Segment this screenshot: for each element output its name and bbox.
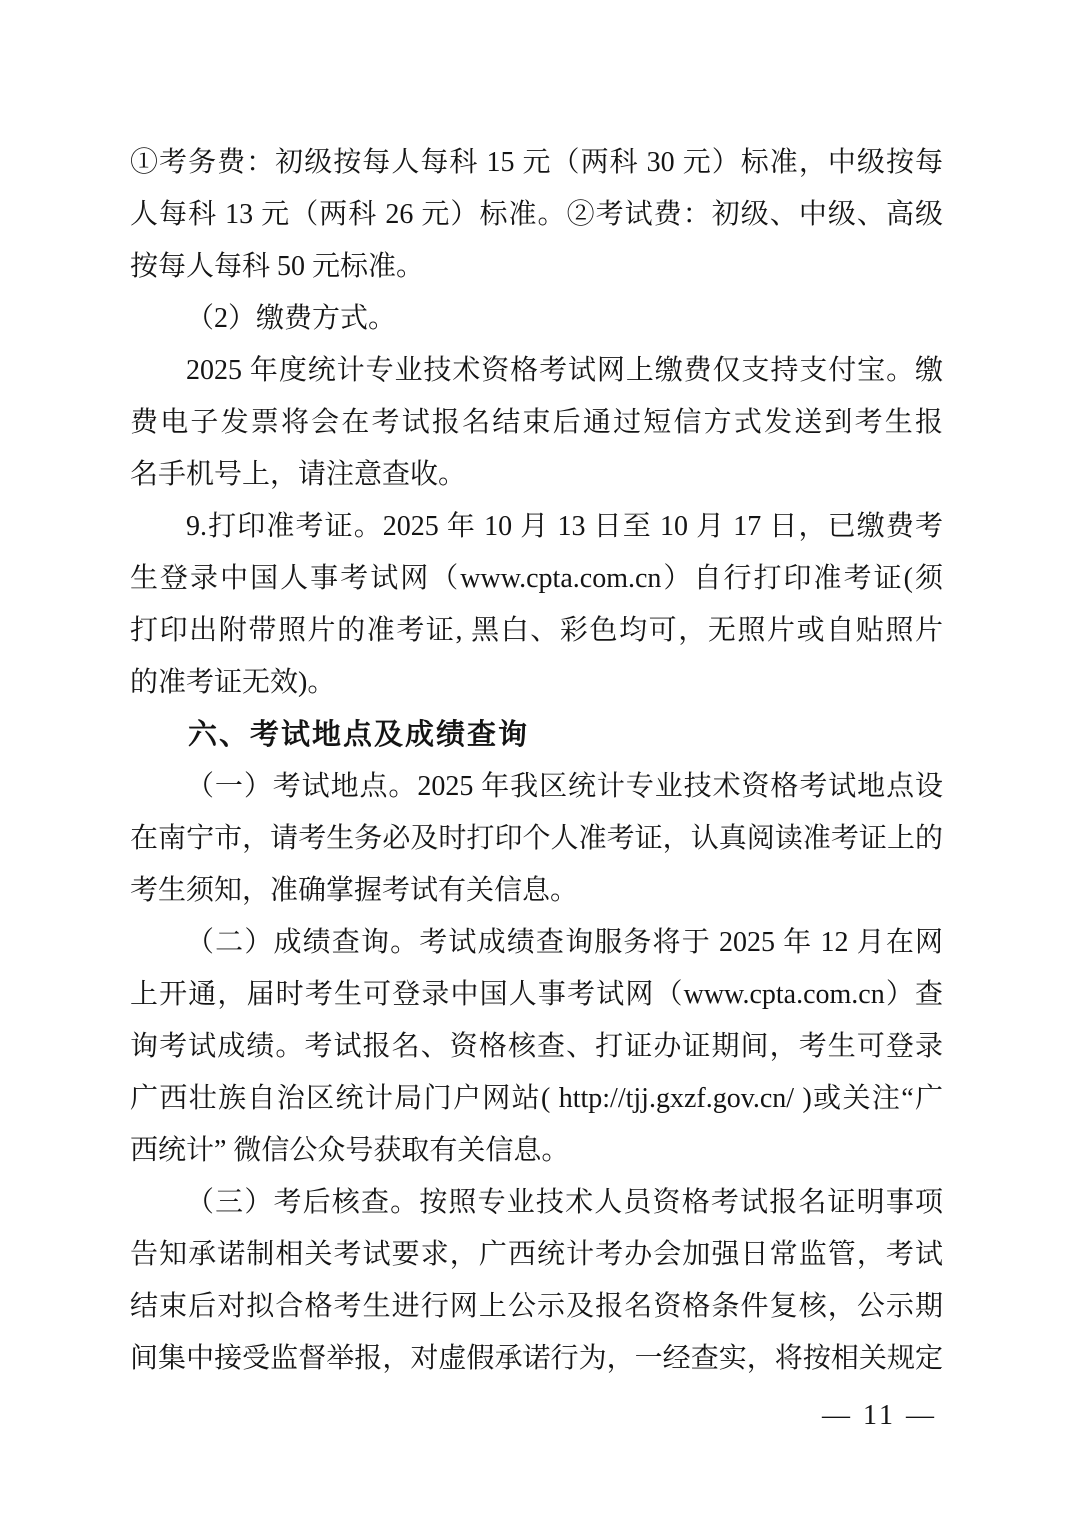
para-payment-method-detail: 2025 年度统计专业技术资格考试网上缴费仅支持支付宝。缴费电子发票将会在考试报… [130,345,943,501]
text-line: 按每人每科 50 元标准。 [130,241,943,293]
document-page: ①考务费：初级按每人每科 15 元（两科 30 元）标准，中级按每人每科 13 … [0,0,1074,1520]
text-line: 名手机号上，请注意查收。 [130,449,943,501]
para-print-admission-ticket: 9.打印准考证。2025 年 10 月 13 日至 10 月 17 日，已缴费考… [130,501,943,709]
text-line: 的准考证无效)。 [130,657,943,709]
text-line: （2）缴费方式。 [130,293,943,345]
page-number: — 11 — [822,1398,937,1434]
document-text-block: ①考务费：初级按每人每科 15 元（两科 30 元）标准，中级按每人每科 13 … [130,137,943,1385]
text-line: （二）成绩查询。考试成绩查询服务将于 2025 年 12 月在网 [130,917,943,969]
text-line: 广西壮族自治区统计局门户网站( http://tjj.gxzf.gov.cn/ … [130,1073,943,1125]
para-score-inquiry: （二）成绩查询。考试成绩查询服务将于 2025 年 12 月在网上开通，届时考生… [130,917,943,1177]
text-line: 六、考试地点及成绩查询 [130,709,943,761]
text-line: 费电子发票将会在考试报名结束后通过短信方式发送到考生报 [130,397,943,449]
text-line: 在南宁市，请考生务必及时打印个人准考证，认真阅读准考证上的 [130,813,943,865]
text-line: （三）考后核查。按照专业技术人员资格考试报名证明事项 [130,1177,943,1229]
text-line: ①考务费：初级按每人每科 15 元（两科 30 元）标准，中级按每 [130,137,943,189]
text-line: （一）考试地点。2025 年我区统计专业技术资格考试地点设 [130,761,943,813]
section-heading-six: 六、考试地点及成绩查询 [130,709,943,761]
text-line: 结束后对拟合格考生进行网上公示及报名资格条件复核，公示期 [130,1281,943,1333]
text-line: 间集中接受监督举报，对虚假承诺行为，一经查实，将按相关规定 [130,1333,943,1385]
text-line: 打印出附带照片的准考证, 黑白、彩色均可，无照片或自贴照片 [130,605,943,657]
text-line: 人每科 13 元（两科 26 元）标准。②考试费：初级、中级、高级 [130,189,943,241]
para-exam-location: （一）考试地点。2025 年我区统计专业技术资格考试地点设在南宁市，请考生务必及… [130,761,943,917]
text-line: 2025 年度统计专业技术资格考试网上缴费仅支持支付宝。缴 [130,345,943,397]
text-line: 询考试成绩。考试报名、资格核查、打证办证期间，考生可登录 [130,1021,943,1073]
text-line: 上开通，届时考生可登录中国人事考试网（www.cpta.com.cn）查 [130,969,943,1021]
text-line: 告知承诺制相关考试要求，广西统计考办会加强日常监管，考试 [130,1229,943,1281]
para-payment-method-title: （2）缴费方式。 [130,293,943,345]
text-line: 9.打印准考证。2025 年 10 月 13 日至 10 月 17 日，已缴费考 [130,501,943,553]
text-line: 考生须知，准确掌握考试有关信息。 [130,865,943,917]
para-post-exam-verification: （三）考后核查。按照专业技术人员资格考试报名证明事项告知承诺制相关考试要求，广西… [130,1177,943,1385]
para-exam-admin-fee: ①考务费：初级按每人每科 15 元（两科 30 元）标准，中级按每人每科 13 … [130,137,943,293]
text-line: 西统计” 微信公众号获取有关信息。 [130,1125,943,1177]
text-line: 生登录中国人事考试网（www.cpta.com.cn）自行打印准考证(须 [130,553,943,605]
